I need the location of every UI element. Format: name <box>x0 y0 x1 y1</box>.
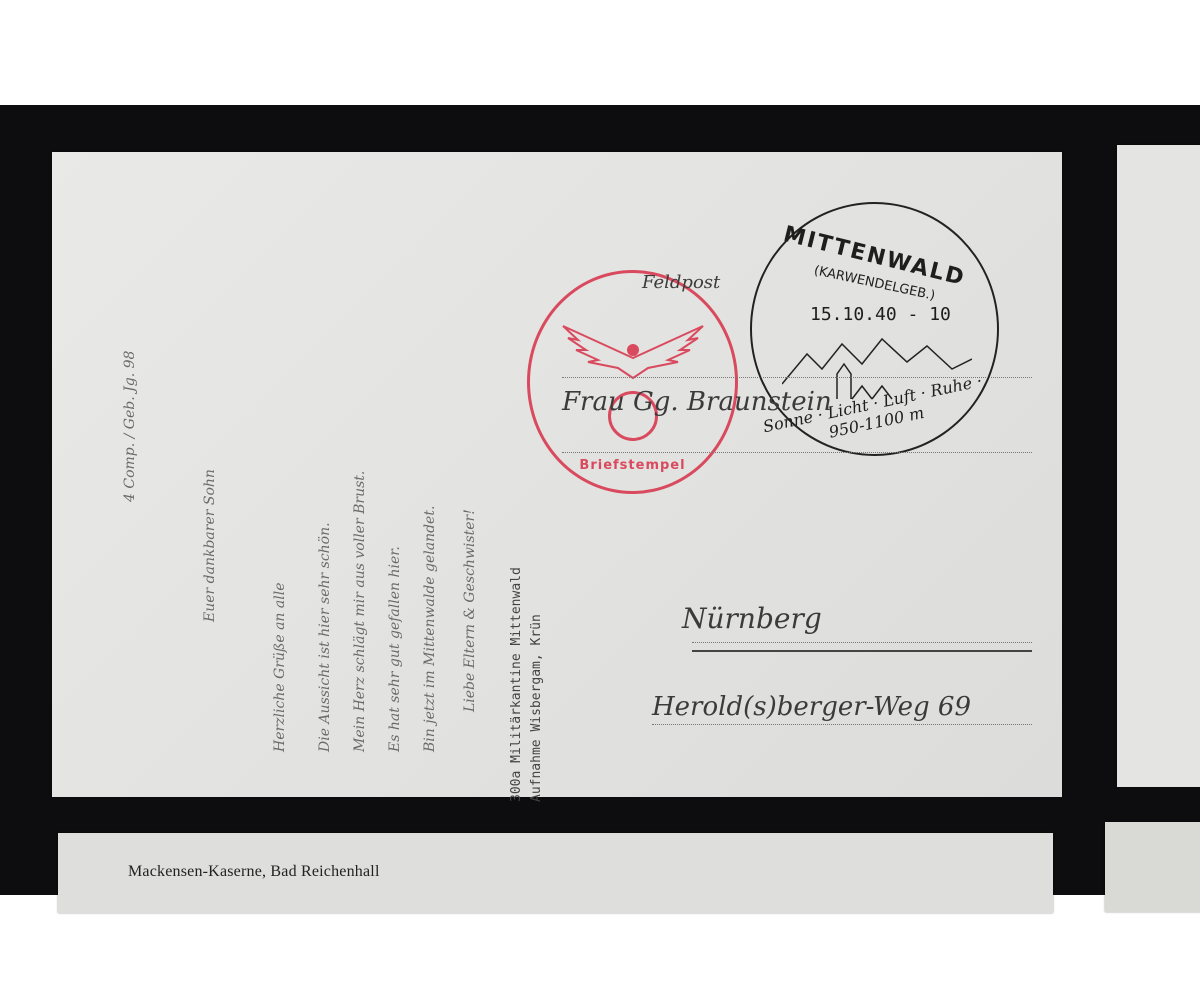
message-line: Die Aussicht ist hier sehr schön. <box>317 522 333 752</box>
message-line: Liebe Eltern & Geschwister! <box>462 509 478 712</box>
address-city: Nürnberg <box>682 602 822 635</box>
unit-seal-stamp: Briefstempel <box>527 270 738 494</box>
postcard-bottom: Mackensen-Kaserne, Bad Reichenhall <box>58 833 1053 913</box>
address-street: Herold(s)berger-Weg 69 <box>652 692 971 722</box>
message-line: 4 Comp. / Geb. Jg. 98 <box>122 351 138 502</box>
postcard-main: Liebe Eltern & Geschwister! Bin jetzt im… <box>52 152 1062 797</box>
handwritten-message: Liebe Eltern & Geschwister! Bin jetzt im… <box>82 192 482 752</box>
mittenwald-postmark: MITTENWALD (KARWENDELGEB.) 15.10.40 - 10… <box>750 202 999 456</box>
message-line: Bin jetzt im Mittenwalde gelandet. <box>422 506 438 752</box>
address-rule <box>692 642 1032 643</box>
postmark-date: 15.10.40 - 10 <box>810 304 951 325</box>
imprint-line-1: 300a Militärkantine Mittenwald <box>507 567 527 802</box>
imprint-line-2: Aufnahme Wisbergam, Krün <box>527 567 547 802</box>
address-rule <box>562 452 1032 453</box>
postcard-right-partial <box>1117 145 1200 787</box>
feldpost-note: Feldpost <box>642 272 720 293</box>
message-line: Mein Herz schlägt mir aus voller Brust. <box>352 471 368 752</box>
address-rule <box>562 377 1032 378</box>
postcard-bottom-right-partial <box>1105 822 1200 912</box>
publisher-imprint: 300a Militärkantine Mittenwald Aufnahme … <box>507 567 547 802</box>
address-rule <box>652 724 1032 725</box>
postcard-caption: Mackensen-Kaserne, Bad Reichenhall <box>128 863 380 881</box>
city-underline <box>692 650 1032 652</box>
message-line: Euer dankbarer Sohn <box>202 469 218 622</box>
stamp-label: Briefstempel <box>530 458 735 473</box>
message-line: Es hat sehr gut gefallen hier. <box>387 546 403 752</box>
message-line: Herzliche Grüße an alle <box>272 583 288 753</box>
address-name: Frau Gg. Braunstein <box>562 387 832 417</box>
